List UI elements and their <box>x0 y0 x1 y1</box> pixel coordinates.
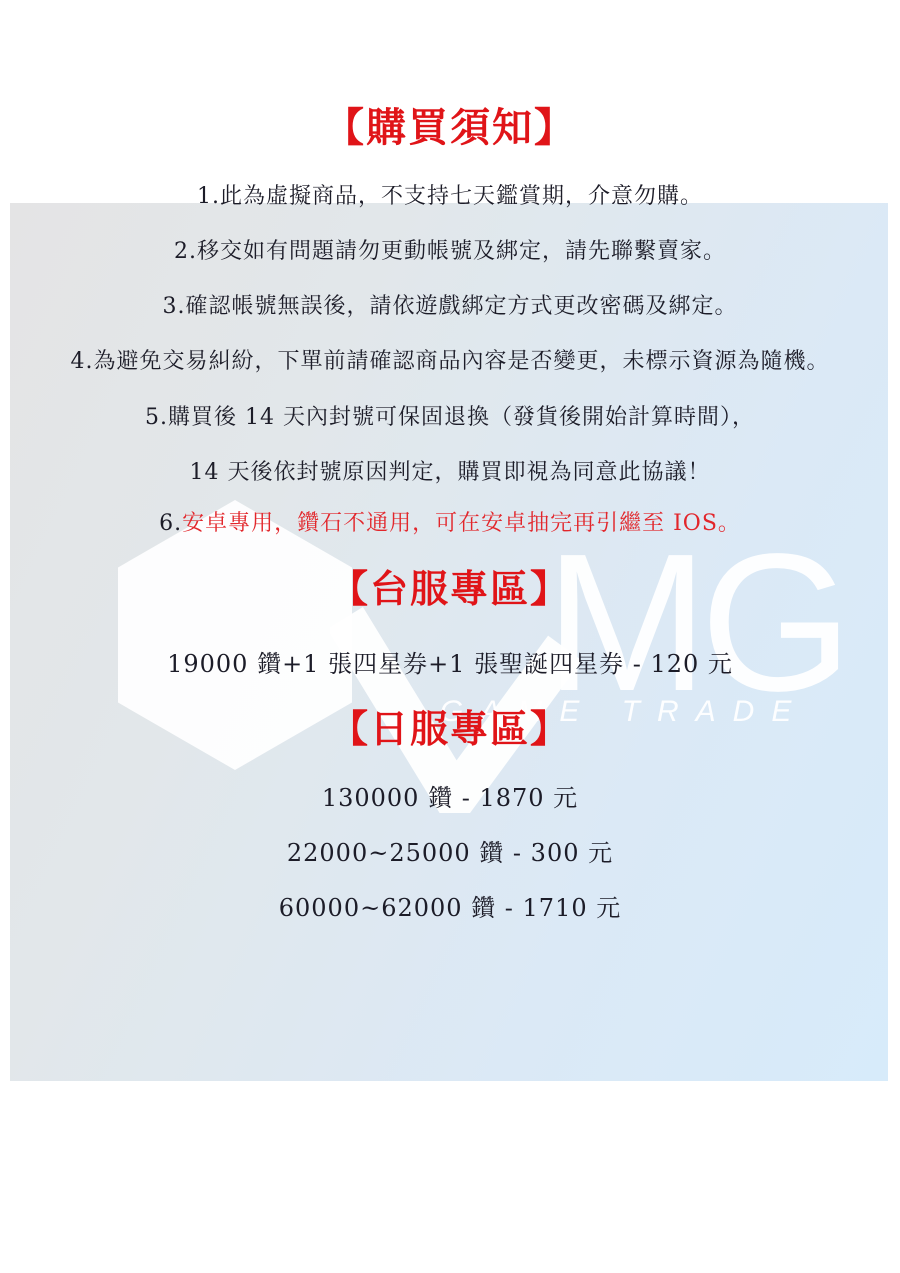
note-item-5-line-2: 14 天後依封號原因判定，購買即視為同意此協議！ <box>0 455 900 486</box>
japan-price-line-2: 22000~25000 鑽 - 300 元 <box>0 833 900 868</box>
note-item-5-line-1: 5.購買後 14 天內封號可保固退換（發貨後開始計算時間）， <box>0 400 900 431</box>
note-item-6-number: 6. <box>159 511 182 536</box>
note-item-2: 2.移交如有問題請勿更動帳號及綁定，請先聯繫賣家。 <box>0 234 900 265</box>
note-item-1: 1.此為虛擬商品，不支持七天鑑賞期，介意勿購。 <box>0 179 900 210</box>
page-title: 【購買須知】 <box>0 96 900 153</box>
note-item-6-highlight: 安卓專用，鑽石不通用，可在安卓抽完再引繼至 IOS。 <box>182 511 741 536</box>
taiwan-price-line: 19000 鑽+1 張四星券+1 張聖誕四星券 - 120 元 <box>0 644 900 679</box>
notice-content: 【購買須知】 1.此為虛擬商品，不支持七天鑑賞期，介意勿購。 2.移交如有問題請… <box>0 0 900 1273</box>
notice-page: { "document": { "title": "【購買須知】", "note… <box>0 0 900 1273</box>
note-item-4: 4.為避免交易糾紛，下單前請確認商品內容是否變更，未標示資源為隨機。 <box>0 344 900 375</box>
japan-price-line-1: 130000 鑽 - 1870 元 <box>0 778 900 813</box>
note-item-6: 6.安卓專用，鑽石不通用，可在安卓抽完再引繼至 IOS。 <box>0 506 900 537</box>
section-heading-taiwan-server: 【台服專區】 <box>0 558 900 613</box>
section-heading-japan-server: 【日服專區】 <box>0 698 900 753</box>
note-item-3: 3.確認帳號無誤後，請依遊戲綁定方式更改密碼及綁定。 <box>0 289 900 320</box>
japan-price-line-3: 60000~62000 鑽 - 1710 元 <box>0 888 900 923</box>
